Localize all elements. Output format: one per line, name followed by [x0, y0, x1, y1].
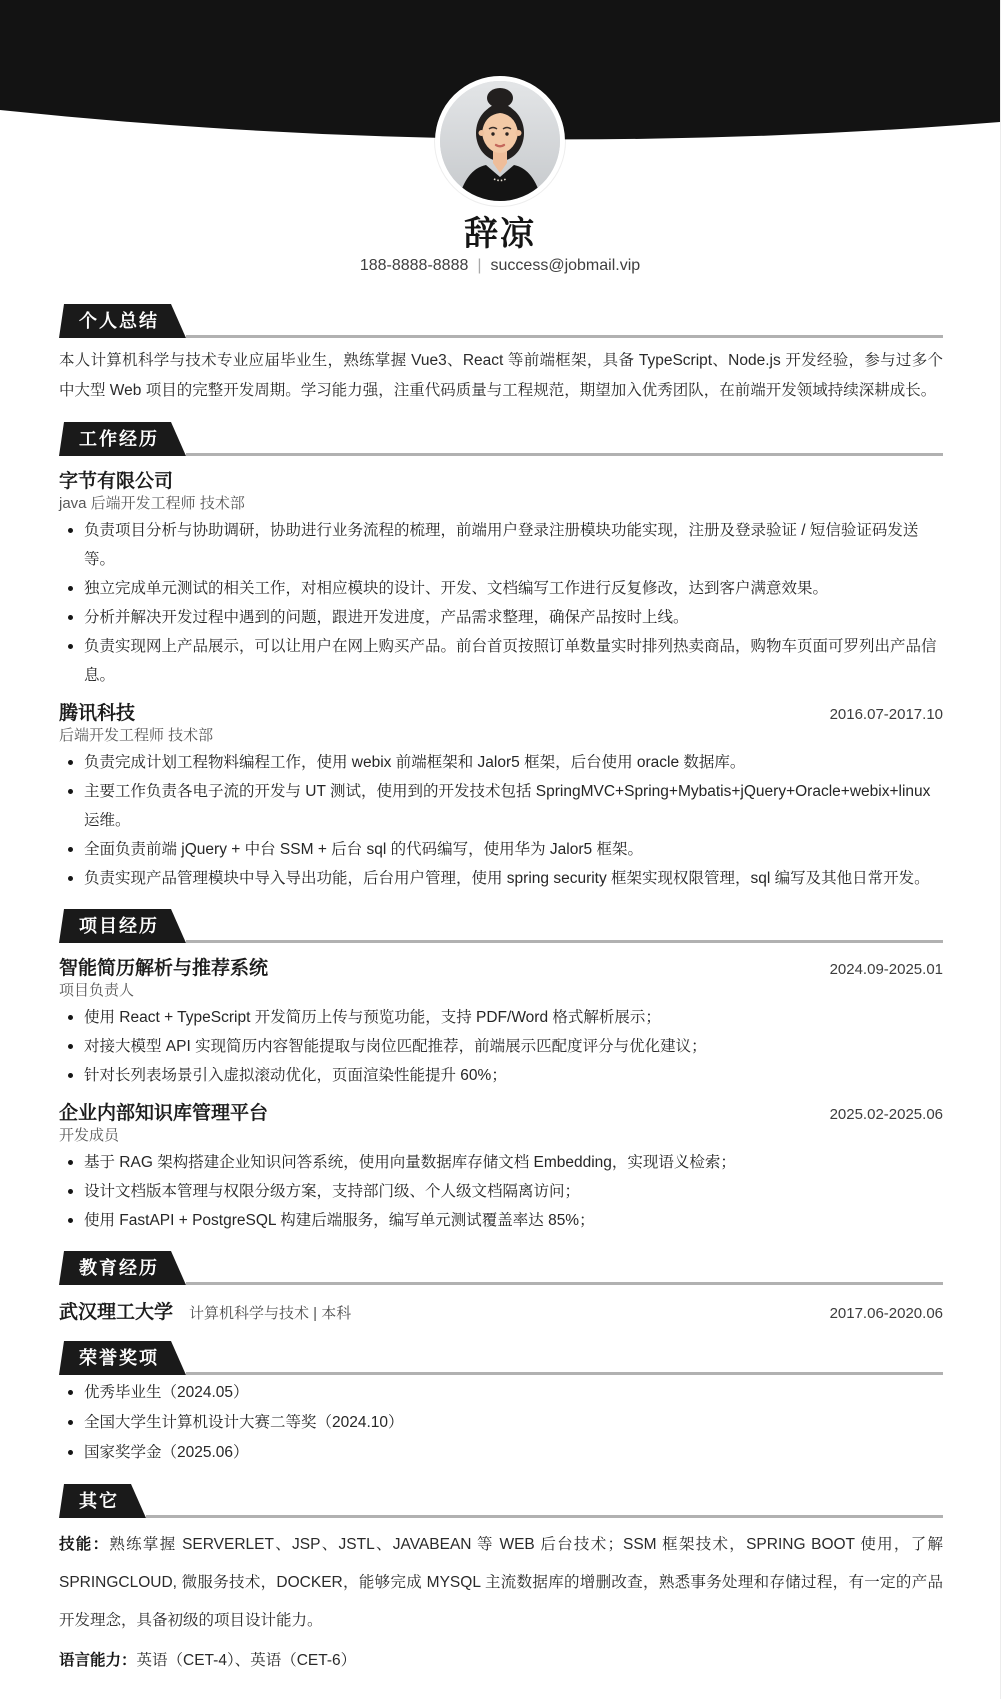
work-entry: 字节有限公司 java 后端开发工程师 技术部 负责项目分析与协助调研，协助进行…	[59, 470, 943, 690]
section-badge-summary: 个人总结	[59, 304, 186, 338]
section-badge-projects: 项目经历	[59, 909, 186, 943]
honors-list: 优秀毕业生（2024.05） 全国大学生计算机设计大赛二等奖（2024.10） …	[59, 1378, 943, 1468]
project-bullet: 针对长列表场景引入虚拟滚动优化，页面渲染性能提升 60%；	[59, 1061, 943, 1090]
summary-text: 本人计算机科学与技术专业应届毕业生，熟练掌握 Vue3、React 等前端框架，…	[59, 346, 943, 406]
section-education: 教育经历 武汉理工大学 计算机科学与技术 | 本科 2017.06-2020.0…	[59, 1251, 943, 1325]
job-title: java 后端开发工程师 技术部	[59, 495, 943, 513]
phone-number: 188-8888-8888	[360, 257, 469, 274]
work-bullet: 独立完成单元测试的相关工作，对相应模块的设计、开发、文档编写工作进行反复修改，达…	[59, 574, 943, 603]
section-header-work: 工作经历	[59, 422, 943, 456]
section-header-education: 教育经历	[59, 1251, 943, 1285]
skills-text: 熟练掌握 SERVERLET、JSP、JSTL、JAVABEAN 等 WEB 后…	[59, 1536, 943, 1629]
work-bullet: 全面负责前端 jQuery + 中台 SSM + 后台 sql 的代码编写，使用…	[59, 835, 943, 864]
section-rule	[186, 1372, 943, 1375]
project-role: 开发成员	[59, 1127, 943, 1145]
project-name: 智能简历解析与推荐系统	[59, 957, 268, 981]
section-badge-honors: 荣誉奖项	[59, 1341, 186, 1375]
project-entry-head: 企业内部知识库管理平台 2025.02-2025.06	[59, 1102, 943, 1126]
section-rule	[186, 940, 943, 943]
work-entry-head: 字节有限公司	[59, 470, 943, 494]
project-bullets: 使用 React + TypeScript 开发简历上传与预览功能，支持 PDF…	[59, 1003, 943, 1090]
section-rule	[146, 1515, 943, 1518]
honor-item: 全国大学生计算机设计大赛二等奖（2024.10）	[59, 1408, 943, 1438]
work-bullet: 分析并解决开发过程中遇到的问题，跟进开发进度，产品需求整理，确保产品按时上线。	[59, 603, 943, 632]
language-text: 英语（CET-4）、英语（CET-6）	[137, 1652, 357, 1669]
project-bullet: 对接大模型 API 实现简历内容智能提取与岗位匹配推荐，前端展示匹配度评分与优化…	[59, 1032, 943, 1061]
education-date: 2017.06-2020.06	[830, 1305, 943, 1322]
skills-line: 技能：熟练掌握 SERVERLET、JSP、JSTL、JAVABEAN 等 WE…	[59, 1526, 943, 1640]
section-header-honors: 荣誉奖项	[59, 1341, 943, 1375]
section-badge-education: 教育经历	[59, 1251, 186, 1285]
header-banner: 辞凉 188-8888-8888|success@jobmail.vip	[0, 0, 1000, 280]
section-work: 工作经历 字节有限公司 java 后端开发工程师 技术部 负责项目分析与协助调研…	[59, 422, 943, 893]
project-bullet: 基于 RAG 架构搭建企业知识问答系统，使用向量数据库存储文档 Embeddin…	[59, 1148, 943, 1177]
section-rule	[186, 1282, 943, 1285]
resume-page: 辞凉 188-8888-8888|success@jobmail.vip 个人总…	[0, 0, 1001, 1699]
section-honors: 荣誉奖项 优秀毕业生（2024.05） 全国大学生计算机设计大赛二等奖（2024…	[59, 1341, 943, 1468]
major-degree: 计算机科学与技术 | 本科	[189, 1302, 351, 1323]
school-name: 武汉理工大学	[59, 1301, 173, 1325]
work-bullets: 负责项目分析与协助调研，协助进行业务流程的梳理，前端用户登录注册模块功能实现，注…	[59, 516, 943, 690]
section-header-summary: 个人总结	[59, 304, 943, 338]
avatar-illustration	[440, 81, 560, 201]
project-role: 项目负责人	[59, 982, 943, 1000]
project-date: 2024.09-2025.01	[830, 961, 943, 978]
section-rule	[186, 453, 943, 456]
language-line: 语言能力：英语（CET-4）、英语（CET-6）	[59, 1642, 943, 1680]
project-bullet: 使用 React + TypeScript 开发简历上传与预览功能，支持 PDF…	[59, 1003, 943, 1032]
work-bullet: 负责实现产品管理模块中导入导出功能，后台用户管理，使用 spring secur…	[59, 864, 943, 893]
project-bullet: 设计文档版本管理与权限分级方案，支持部门级、个人级文档隔离访问；	[59, 1177, 943, 1206]
language-label: 语言能力：	[59, 1652, 137, 1669]
work-bullet: 负责项目分析与协助调研，协助进行业务流程的梳理，前端用户登录注册模块功能实现，注…	[59, 516, 943, 574]
avatar	[435, 76, 565, 206]
honor-item: 国家奖学金（2025.06）	[59, 1438, 943, 1468]
resume-content: 个人总结 本人计算机科学与技术专业应届毕业生，熟练掌握 Vue3、React 等…	[59, 304, 943, 1680]
job-title: 后端开发工程师 技术部	[59, 727, 943, 745]
company-name: 字节有限公司	[59, 470, 173, 494]
company-name: 腾讯科技	[59, 702, 135, 726]
project-date: 2025.02-2025.06	[830, 1106, 943, 1123]
project-entry: 智能简历解析与推荐系统 2024.09-2025.01 项目负责人 使用 Rea…	[59, 957, 943, 1090]
email-address: success@jobmail.vip	[491, 257, 641, 274]
section-badge-work: 工作经历	[59, 422, 186, 456]
education-entry: 武汉理工大学 计算机科学与技术 | 本科 2017.06-2020.06	[59, 1301, 943, 1325]
project-entry: 企业内部知识库管理平台 2025.02-2025.06 开发成员 基于 RAG …	[59, 1102, 943, 1235]
project-bullet: 使用 FastAPI + PostgreSQL 构建后端服务，编写单元测试覆盖率…	[59, 1206, 943, 1235]
contact-info: 188-8888-8888|success@jobmail.vip	[0, 257, 1000, 275]
work-entry-head: 腾讯科技 2016.07-2017.10	[59, 702, 943, 726]
honor-item: 优秀毕业生（2024.05）	[59, 1378, 943, 1408]
section-summary: 个人总结 本人计算机科学与技术专业应届毕业生，熟练掌握 Vue3、React 等…	[59, 304, 943, 406]
project-bullets: 基于 RAG 架构搭建企业知识问答系统，使用向量数据库存储文档 Embeddin…	[59, 1148, 943, 1235]
work-bullets: 负责完成计划工程物料编程工作，使用 webix 前端框架和 Jalor5 框架，…	[59, 748, 943, 893]
work-date: 2016.07-2017.10	[830, 706, 943, 723]
section-header-other: 其它	[59, 1484, 943, 1518]
section-badge-other: 其它	[59, 1484, 146, 1518]
section-other: 其它 技能：熟练掌握 SERVERLET、JSP、JSTL、JAVABEAN 等…	[59, 1484, 943, 1680]
section-projects: 项目经历 智能简历解析与推荐系统 2024.09-2025.01 项目负责人 使…	[59, 909, 943, 1235]
section-rule	[186, 335, 943, 338]
work-bullet: 负责实现网上产品展示，可以让用户在网上购买产品。前台首页按照订单数量实时排列热卖…	[59, 632, 943, 690]
work-bullet: 负责完成计划工程物料编程工作，使用 webix 前端框架和 Jalor5 框架，…	[59, 748, 943, 777]
contact-separator: |	[468, 257, 490, 274]
section-header-projects: 项目经历	[59, 909, 943, 943]
project-entry-head: 智能简历解析与推荐系统 2024.09-2025.01	[59, 957, 943, 981]
work-bullet: 主要工作负责各电子流的开发与 UT 测试，使用到的开发技术包括 SpringMV…	[59, 777, 943, 835]
candidate-name: 辞凉	[0, 206, 1000, 255]
skills-label: 技能：	[59, 1536, 109, 1553]
project-name: 企业内部知识库管理平台	[59, 1102, 268, 1126]
work-entry: 腾讯科技 2016.07-2017.10 后端开发工程师 技术部 负责完成计划工…	[59, 702, 943, 893]
